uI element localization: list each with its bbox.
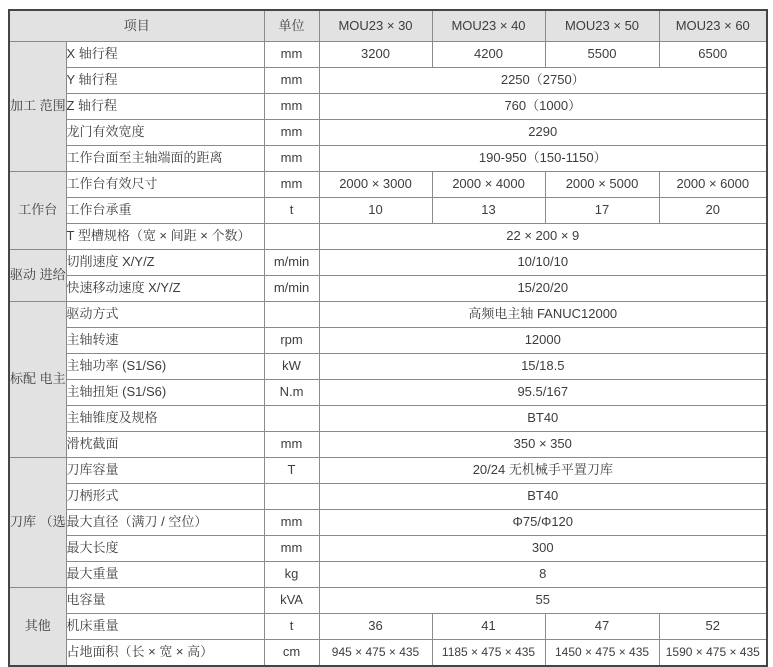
value-cell: 1450 × 475 × 435: [545, 640, 659, 667]
table-row: 最大长度 mm 300: [9, 536, 767, 562]
table-row: 主轴锥度及规格 BT40: [9, 406, 767, 432]
unit-cell: m/min: [264, 250, 319, 276]
unit-cell: mm: [264, 432, 319, 458]
spec-item-label: X 轴行程: [66, 42, 264, 68]
header-unit: 单位: [264, 10, 319, 42]
spec-item-label: 占地面积（长 × 宽 × 高）: [66, 640, 264, 667]
table-row: 机床重量 t 36 41 47 52: [9, 614, 767, 640]
value-cell: 5500: [545, 42, 659, 68]
table-row: 滑枕截面 mm 350 × 350: [9, 432, 767, 458]
spec-item-label: 主轴锥度及规格: [66, 406, 264, 432]
value-cell: 36: [319, 614, 432, 640]
value-cell: BT40: [319, 484, 767, 510]
model-header: MOU23 × 40: [432, 10, 545, 42]
spec-item-label: 主轴转速: [66, 328, 264, 354]
value-cell: 300: [319, 536, 767, 562]
table-row: 最大直径（满刀 / 空位） mm Φ75/Φ120: [9, 510, 767, 536]
table-row: Y 轴行程 mm 2250（2750）: [9, 68, 767, 94]
spec-item-label: 工作台面至主轴端面的距离: [66, 146, 264, 172]
value-cell: 6500: [659, 42, 767, 68]
value-cell: 3200: [319, 42, 432, 68]
spec-item-label: 最大长度: [66, 536, 264, 562]
spec-item-label: 驱动方式: [66, 302, 264, 328]
value-cell: Φ75/Φ120: [319, 510, 767, 536]
table-row: 工作台面至主轴端面的距离 mm 190-950（150-1150）: [9, 146, 767, 172]
spec-item-label: 快速移动速度 X/Y/Z: [66, 276, 264, 302]
unit-cell: mm: [264, 94, 319, 120]
value-cell: 15/18.5: [319, 354, 767, 380]
value-cell: 2000 × 6000: [659, 172, 767, 198]
group-label-tool-magazine: 刀库 （选项）: [9, 458, 66, 588]
unit-cell: m/min: [264, 276, 319, 302]
value-cell: 17: [545, 198, 659, 224]
table-row: 最大重量 kg 8: [9, 562, 767, 588]
table-row: 主轴扭矩 (S1/S6) N.m 95.5/167: [9, 380, 767, 406]
unit-cell: [264, 484, 319, 510]
unit-cell: kW: [264, 354, 319, 380]
value-cell: 2000 × 4000: [432, 172, 545, 198]
unit-cell: mm: [264, 146, 319, 172]
group-label-spindle: 标配 电主轴: [9, 302, 66, 458]
group-label-drive-feed: 驱动 进给: [9, 250, 66, 302]
unit-cell: mm: [264, 510, 319, 536]
table-row: 其他 电容量 kVA 55: [9, 588, 767, 614]
unit-cell: [264, 224, 319, 250]
value-cell: 10: [319, 198, 432, 224]
spec-item-label: Z 轴行程: [66, 94, 264, 120]
value-cell: 10/10/10: [319, 250, 767, 276]
table-row: 快速移动速度 X/Y/Z m/min 15/20/20: [9, 276, 767, 302]
value-cell: 1185 × 475 × 435: [432, 640, 545, 667]
spec-item-label: 主轴功率 (S1/S6): [66, 354, 264, 380]
value-cell: 22 × 200 × 9: [319, 224, 767, 250]
spec-item-label: 主轴扭矩 (S1/S6): [66, 380, 264, 406]
group-label-other: 其他: [9, 588, 66, 667]
spec-item-label: 最大重量: [66, 562, 264, 588]
value-cell: 1590 × 475 × 435: [659, 640, 767, 667]
value-cell: 20: [659, 198, 767, 224]
spec-item-label: T 型槽规格（宽 × 间距 × 个数）: [66, 224, 264, 250]
value-cell: 945 × 475 × 435: [319, 640, 432, 667]
spec-item-label: 刀库容量: [66, 458, 264, 484]
unit-cell: t: [264, 614, 319, 640]
unit-cell: mm: [264, 536, 319, 562]
spec-item-label: 电容量: [66, 588, 264, 614]
unit-cell: mm: [264, 172, 319, 198]
table-row: 刀库 （选项） 刀库容量 T 20/24 无机械手平置刀库: [9, 458, 767, 484]
value-cell: 2250（2750）: [319, 68, 767, 94]
value-cell: 760（1000）: [319, 94, 767, 120]
group-label-worktable: 工作台: [9, 172, 66, 250]
table-row: 刀柄形式 BT40: [9, 484, 767, 510]
unit-cell: rpm: [264, 328, 319, 354]
header-item: 项目: [9, 10, 264, 42]
unit-cell: mm: [264, 120, 319, 146]
value-cell: 2000 × 5000: [545, 172, 659, 198]
unit-cell: cm: [264, 640, 319, 667]
unit-cell: mm: [264, 68, 319, 94]
spec-item-label: 龙门有效宽度: [66, 120, 264, 146]
table-row: 加工 范围 X 轴行程 mm 3200 4200 5500 6500: [9, 42, 767, 68]
unit-cell: t: [264, 198, 319, 224]
unit-cell: kVA: [264, 588, 319, 614]
table-row: 龙门有效宽度 mm 2290: [9, 120, 767, 146]
value-cell: BT40: [319, 406, 767, 432]
spec-item-label: 刀柄形式: [66, 484, 264, 510]
machine-spec-table: 项目 单位 MOU23 × 30 MOU23 × 40 MOU23 × 50 M…: [8, 9, 768, 667]
value-cell: 190-950（150-1150）: [319, 146, 767, 172]
spec-item-label: 切削速度 X/Y/Z: [66, 250, 264, 276]
value-cell: 13: [432, 198, 545, 224]
spec-item-label: 最大直径（满刀 / 空位）: [66, 510, 264, 536]
value-cell: 2000 × 3000: [319, 172, 432, 198]
table-row: 主轴功率 (S1/S6) kW 15/18.5: [9, 354, 767, 380]
table-row: Z 轴行程 mm 760（1000）: [9, 94, 767, 120]
table-row: 主轴转速 rpm 12000: [9, 328, 767, 354]
unit-cell: [264, 302, 319, 328]
unit-cell: kg: [264, 562, 319, 588]
model-header: MOU23 × 60: [659, 10, 767, 42]
table-row: T 型槽规格（宽 × 间距 × 个数） 22 × 200 × 9: [9, 224, 767, 250]
value-cell: 95.5/167: [319, 380, 767, 406]
value-cell: 2290: [319, 120, 767, 146]
value-cell: 12000: [319, 328, 767, 354]
table-row: 占地面积（长 × 宽 × 高） cm 945 × 475 × 435 1185 …: [9, 640, 767, 667]
spec-item-label: 机床重量: [66, 614, 264, 640]
table-row: 驱动 进给 切削速度 X/Y/Z m/min 10/10/10: [9, 250, 767, 276]
table-row: 工作台承重 t 10 13 17 20: [9, 198, 767, 224]
table-row: 工作台 工作台有效尺寸 mm 2000 × 3000 2000 × 4000 2…: [9, 172, 767, 198]
spec-item-label: 滑枕截面: [66, 432, 264, 458]
unit-cell: N.m: [264, 380, 319, 406]
table-header-row: 项目 单位 MOU23 × 30 MOU23 × 40 MOU23 × 50 M…: [9, 10, 767, 42]
group-label-machining-range: 加工 范围: [9, 42, 66, 172]
model-header: MOU23 × 30: [319, 10, 432, 42]
value-cell: 41: [432, 614, 545, 640]
value-cell: 52: [659, 614, 767, 640]
value-cell: 20/24 无机械手平置刀库: [319, 458, 767, 484]
value-cell: 8: [319, 562, 767, 588]
spec-item-label: 工作台承重: [66, 198, 264, 224]
value-cell: 350 × 350: [319, 432, 767, 458]
unit-cell: mm: [264, 42, 319, 68]
spec-item-label: 工作台有效尺寸: [66, 172, 264, 198]
value-cell: 15/20/20: [319, 276, 767, 302]
value-cell: 4200: [432, 42, 545, 68]
unit-cell: T: [264, 458, 319, 484]
spec-item-label: Y 轴行程: [66, 68, 264, 94]
spec-sheet-page: 项目 单位 MOU23 × 30 MOU23 × 40 MOU23 × 50 M…: [0, 0, 773, 654]
value-cell: 47: [545, 614, 659, 640]
value-cell: 55: [319, 588, 767, 614]
value-cell: 高频电主轴 FANUC12000: [319, 302, 767, 328]
model-header: MOU23 × 50: [545, 10, 659, 42]
table-row: 标配 电主轴 驱动方式 高频电主轴 FANUC12000: [9, 302, 767, 328]
unit-cell: [264, 406, 319, 432]
